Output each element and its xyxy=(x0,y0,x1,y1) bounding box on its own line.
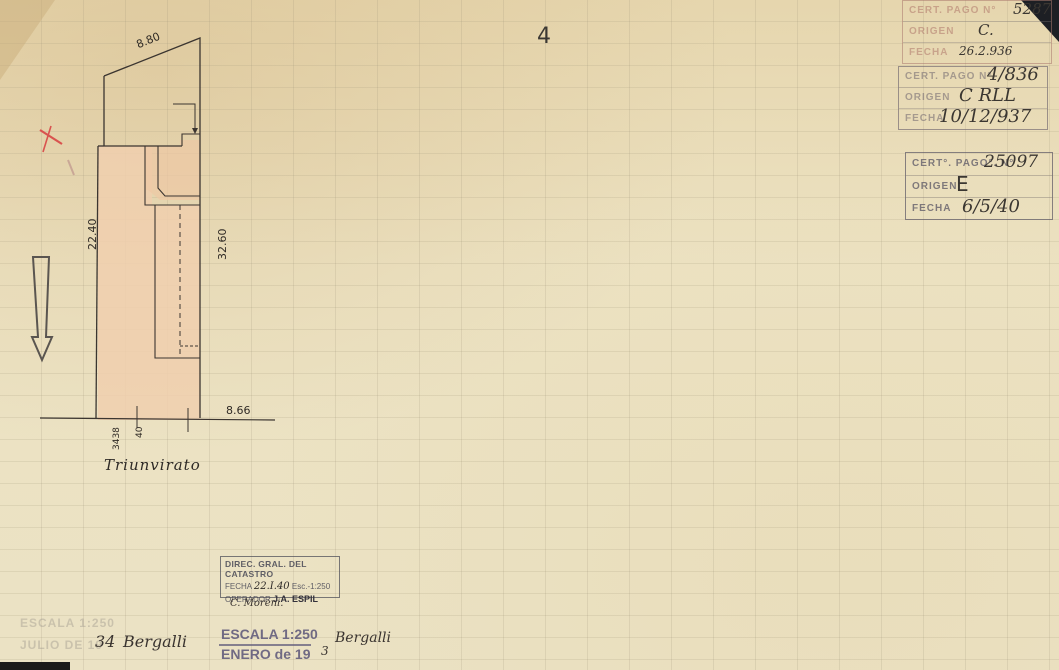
street-name: Triunvirato xyxy=(104,456,201,474)
stamp-origin-value: C RLL xyxy=(959,86,1016,106)
stamp-origin-value: C. xyxy=(978,20,994,40)
x-mark-icon xyxy=(40,126,62,152)
stamp-date-value: 26.2.936 xyxy=(959,41,1012,61)
old-scale-stamp: ESCALA 1:250 xyxy=(20,616,115,630)
stamp-label: CERT. PAGO N° xyxy=(909,5,996,16)
dimension-right-edge: 32.60 xyxy=(216,229,229,261)
stamp-label: CERT. PAGO N° xyxy=(905,71,992,82)
arrow-down-icon xyxy=(32,257,52,360)
stamp-label: ORIGEN xyxy=(909,26,954,37)
fecha-value: 22.I.40 xyxy=(254,581,290,592)
scale-stamp: ESCALA 1:250 xyxy=(221,626,318,642)
signature-left: Bergalli xyxy=(123,632,187,651)
stamp-cert-value: 4/836 xyxy=(987,65,1039,85)
catastro-title: DIREC. GRAL. DEL CATASTRO xyxy=(225,559,335,579)
payment-stamp-2: CERT. PAGO N°4/836 ORIGENC RLL FECHA10/1… xyxy=(898,66,1048,130)
stamp-cert-value: 25097 xyxy=(984,151,1038,173)
catastro-stamp: DIREC. GRAL. DEL CATASTRO FECHA 22.I.40 … xyxy=(220,556,340,598)
payment-stamp-3: CERT°. PAGO°. N°25097 ORIGENE FECHA6/5/4… xyxy=(905,152,1053,220)
stamp-label: ORIGEN xyxy=(912,181,957,192)
street-number: 3438 xyxy=(112,427,122,450)
signature-right: Bergalli xyxy=(335,630,391,646)
street-number-secondary: 40 xyxy=(135,427,145,438)
dimension-left-edge: 22.40 xyxy=(86,219,99,251)
stamp-label: FECHA xyxy=(909,47,948,58)
old-date-stamp: JULIO DE 19 xyxy=(20,638,103,652)
escala-text: Esc.-1:250 xyxy=(292,582,330,591)
stamp-cert-value: 5287 xyxy=(1013,0,1051,19)
stamp-label: ORIGEN xyxy=(905,92,950,103)
date-stamp-year: 3 xyxy=(321,644,329,658)
old-date-year: 34 xyxy=(95,632,115,651)
stamp-date-value: 10/12/937 xyxy=(939,107,1031,127)
dimension-bottom-right: 8.66 xyxy=(226,404,251,417)
payment-stamp-1: CERT. PAGO N°5287 ORIGENC. FECHA26.2.936 xyxy=(902,0,1052,64)
stamp-date-value: 6/5/40 xyxy=(962,196,1020,217)
date-stamp: ENERO de 19 xyxy=(221,646,310,662)
stamp-origin-value: E xyxy=(956,174,969,195)
building-shaded-area xyxy=(145,140,200,200)
fecha-label: FECHA xyxy=(225,582,252,591)
stamp-label: FECHA xyxy=(912,203,951,214)
operator-note: C. Moreni. xyxy=(230,598,283,609)
